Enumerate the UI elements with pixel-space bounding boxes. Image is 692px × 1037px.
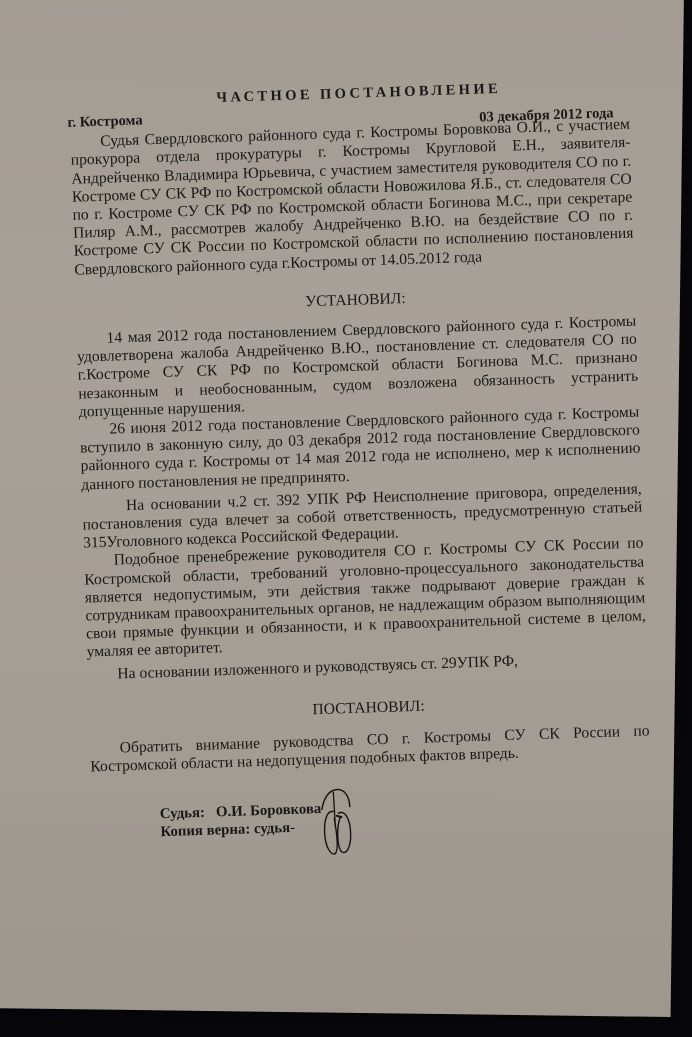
- document-paper: ЧАСТНОЕ ПОСТАНОВЛЕНИЕ г. Кострома 03 дек…: [0, 0, 684, 1017]
- resolved-heading: ПОСТАНОВИЛ:: [88, 690, 648, 726]
- document-content: ЧАСТНОЕ ПОСТАНОВЛЕНИЕ г. Кострома 03 дек…: [69, 76, 653, 843]
- judge-label: Судья:: [160, 804, 206, 821]
- intro-paragraph: Судья Свердловского районного суда г. Ко…: [70, 116, 634, 280]
- resolved-paragraph-1: Обратить внимание руководства СО г. Кост…: [90, 722, 651, 776]
- document-page: ЧАСТНОЕ ПОСТАНОВЛЕНИЕ г. Кострома 03 дек…: [0, 0, 692, 1023]
- signature-block: Судья: О.И. Боровкова Копия верна: судья…: [160, 789, 653, 841]
- copy-label: Копия верна: судья-: [160, 819, 295, 839]
- established-heading: УСТАНОВИЛ:: [75, 282, 635, 318]
- judge-name: О.И. Боровкова: [216, 801, 322, 820]
- established-paragraph-4: Подобное пренебрежение руководителя СО г…: [83, 535, 646, 662]
- document-place: г. Кострома: [67, 112, 143, 133]
- handwritten-signature-icon: [317, 786, 363, 857]
